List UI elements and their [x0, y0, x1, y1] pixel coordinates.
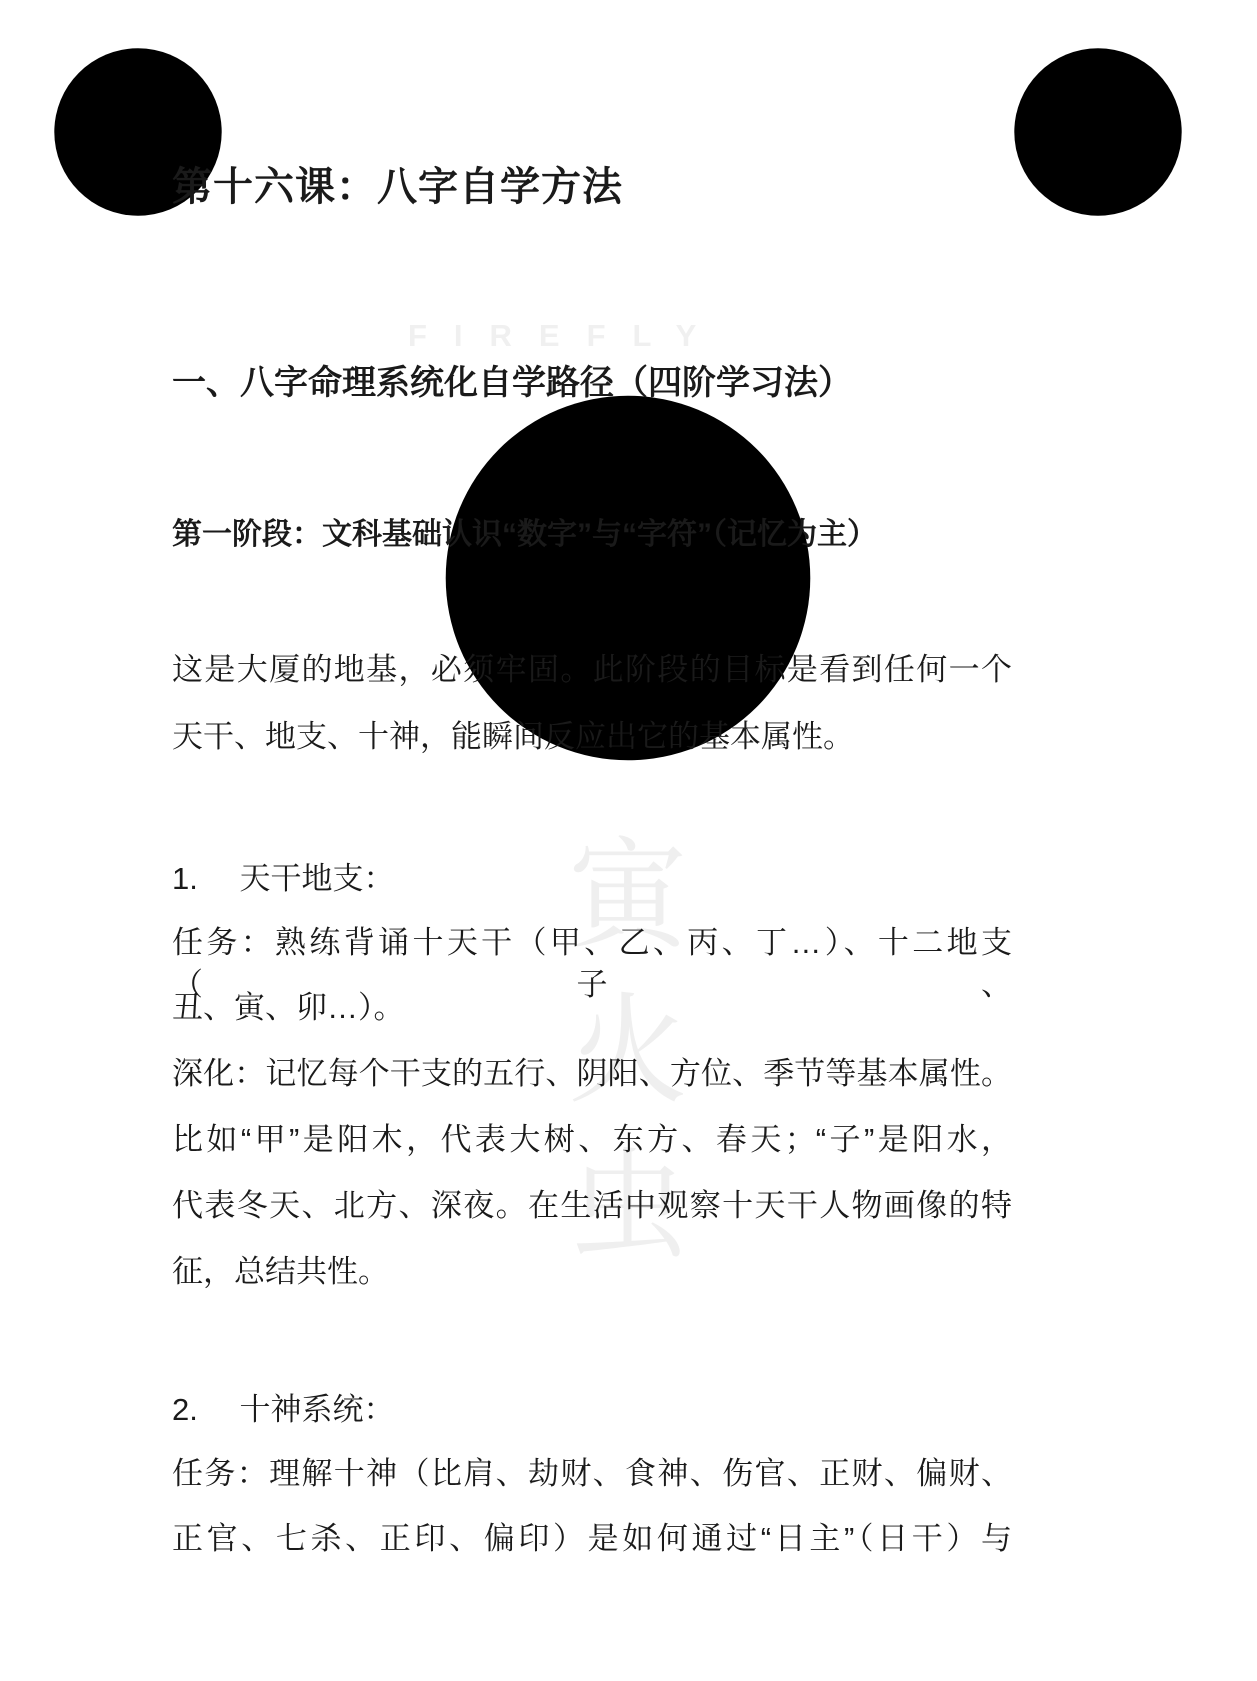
list-item-number: 2.	[172, 1389, 198, 1431]
body-line: 代表冬天、北方、深夜。在生活中观察十天干人物画像的特	[172, 1185, 1012, 1227]
body-line: 比如“甲”是阳木，代表大树、东方、春天；“子”是阳水，	[172, 1119, 1012, 1161]
firefly-text-watermark: FIREFLY	[408, 318, 723, 354]
list-item-1: 1. 天干地支：	[172, 858, 1012, 900]
document-page: FIREFLY 寅 火 虫 第十六课：八字自学方法 一、八字命理系统化自学路径（…	[0, 0, 1257, 1681]
list-item-number: 1.	[172, 858, 198, 900]
body-line: 任务：理解十神（比肩、劫财、食神、伤官、正财、偏财、	[172, 1453, 1012, 1495]
section-heading: 一、八字命理系统化自学路径（四阶学习法）	[172, 355, 852, 404]
list-item-title: 十神系统：	[239, 1389, 394, 1431]
body-line: 天干、地支、十神，能瞬间反应出它的基本属性。	[172, 716, 1012, 758]
body-line: 征，总结共性。	[172, 1251, 1012, 1293]
page-title: 第十六课：八字自学方法	[172, 155, 623, 212]
body-line: 深化：记忆每个干支的五行、阴阳、方位、季节等基本属性。	[172, 1053, 1012, 1095]
seal-watermark-top-right-icon	[1008, 42, 1188, 222]
list-item-title: 天干地支：	[239, 858, 394, 900]
body-line: 丑、寅、卯…）。	[172, 987, 1012, 1029]
body-line: 这是大厦的地基，必须牢固。此阶段的目标是看到任何一个	[172, 649, 1012, 691]
stage-heading: 第一阶段：文科基础认识“数字”与“字符”（记忆为主）	[172, 509, 877, 553]
list-item-2: 2. 十神系统：	[172, 1389, 1012, 1431]
body-line: 正官、七杀、正印、偏印）是如何通过“日主”（日干）与	[172, 1518, 1012, 1560]
